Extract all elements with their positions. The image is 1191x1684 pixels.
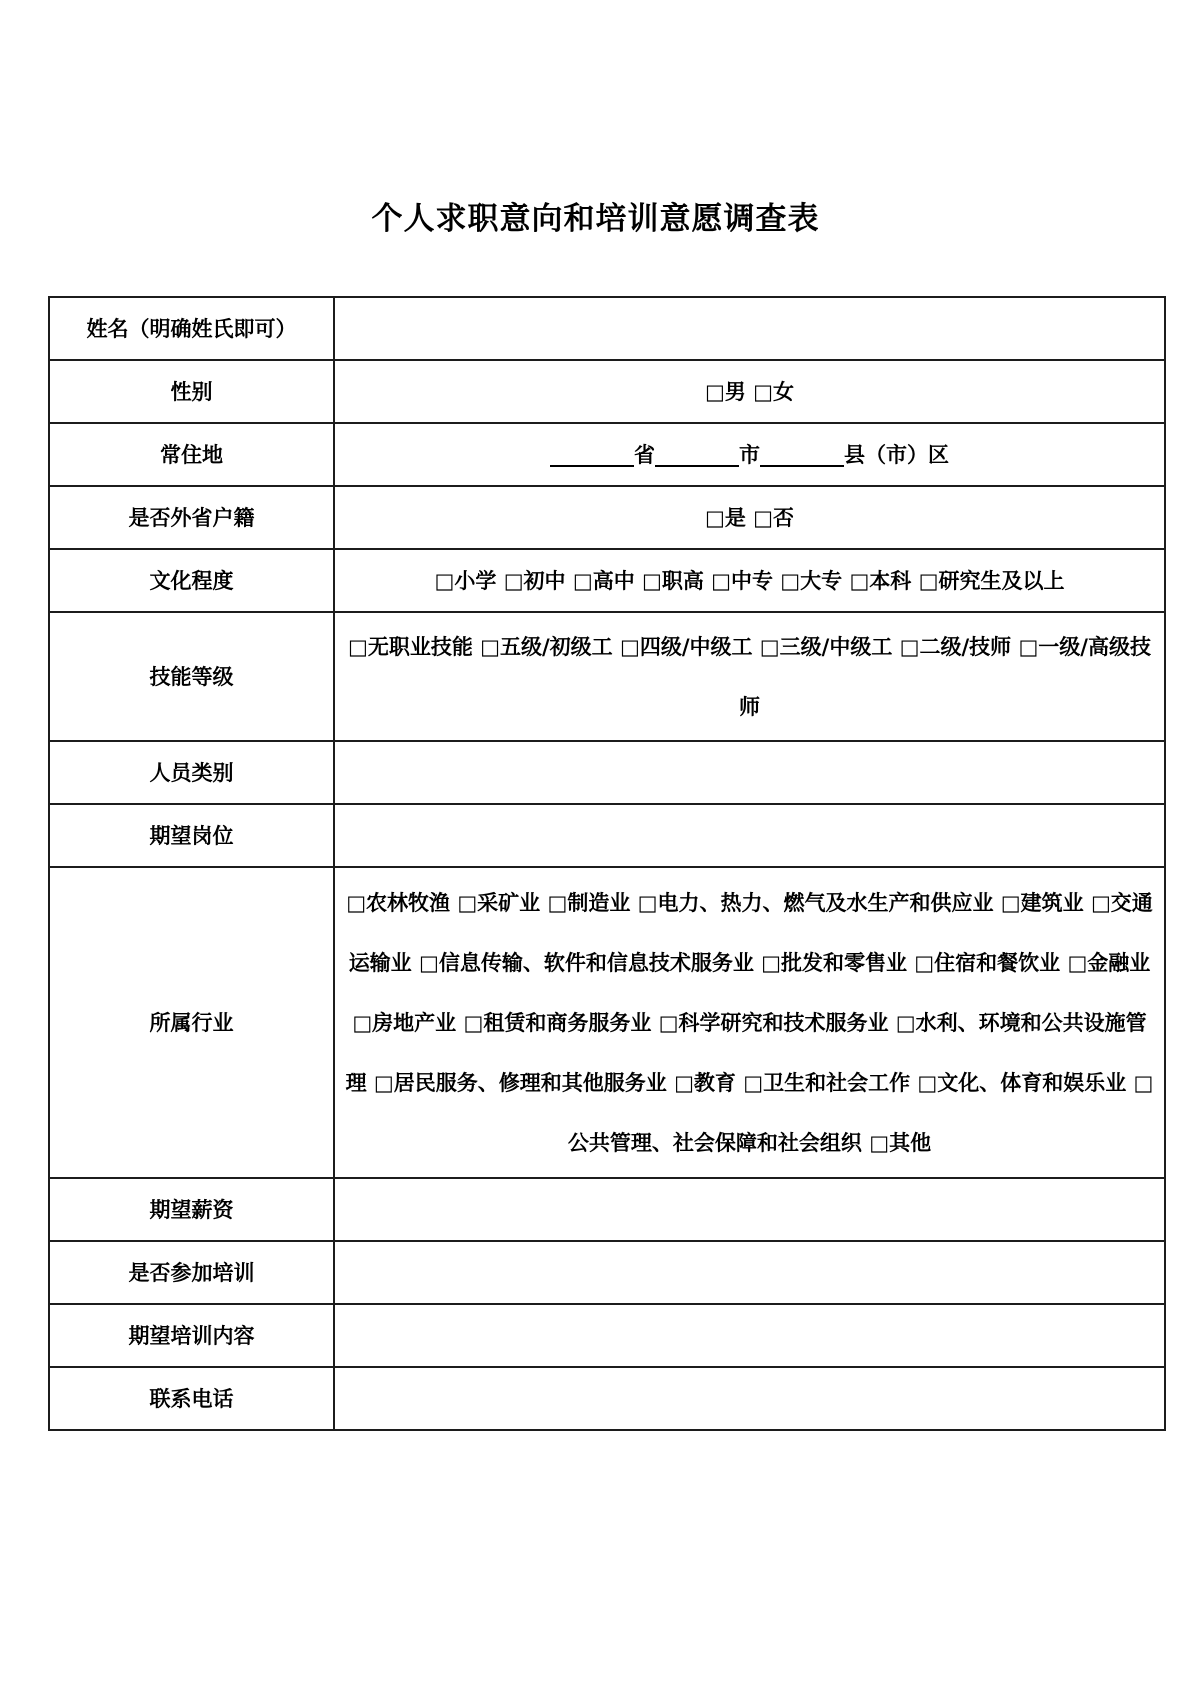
name-label: 姓名（明确姓氏即可） xyxy=(49,297,334,360)
residence-label: 常住地 xyxy=(49,423,334,486)
name-value-field[interactable] xyxy=(334,297,1165,360)
expected-salary-value-field[interactable] xyxy=(334,1178,1165,1241)
form-title: 个人求职意向和培训意愿调查表 xyxy=(0,0,1191,240)
gender-checkbox-options[interactable]: □男 □女 xyxy=(334,360,1165,423)
out-of-province-checkbox-options[interactable]: □是 □否 xyxy=(334,486,1165,549)
row-expected-salary: 期望薪资 xyxy=(49,1178,1165,1241)
document-page: 个人求职意向和培训意愿调查表 姓名（明确姓氏即可） 性别 □男 □女 常住地 _… xyxy=(0,0,1191,1684)
training-participation-label: 是否参加培训 xyxy=(49,1241,334,1304)
row-expected-training-content: 期望培训内容 xyxy=(49,1304,1165,1367)
row-gender: 性别 □男 □女 xyxy=(49,360,1165,423)
expected-salary-label: 期望薪资 xyxy=(49,1178,334,1241)
personnel-category-value-field[interactable] xyxy=(334,741,1165,804)
row-residence: 常住地 ________省________市________县（市）区 xyxy=(49,423,1165,486)
row-training-participation: 是否参加培训 xyxy=(49,1241,1165,1304)
row-expected-position: 期望岗位 xyxy=(49,804,1165,867)
row-out-of-province-registration: 是否外省户籍 □是 □否 xyxy=(49,486,1165,549)
personnel-category-label: 人员类别 xyxy=(49,741,334,804)
contact-phone-label: 联系电话 xyxy=(49,1367,334,1430)
residence-blank-field[interactable]: ________省________市________县（市）区 xyxy=(334,423,1165,486)
row-skill-level: 技能等级 □无职业技能 □五级/初级工 □四级/中级工 □三级/中级工 □二级/… xyxy=(49,612,1165,741)
expected-position-label: 期望岗位 xyxy=(49,804,334,867)
row-industry: 所属行业 □农林牧渔 □采矿业 □制造业 □电力、热力、燃气及水生产和供应业 □… xyxy=(49,867,1165,1178)
skill-level-checkbox-options[interactable]: □无职业技能 □五级/初级工 □四级/中级工 □三级/中级工 □二级/技师 □一… xyxy=(334,612,1165,741)
industry-checkbox-options[interactable]: □农林牧渔 □采矿业 □制造业 □电力、热力、燃气及水生产和供应业 □建筑业 □… xyxy=(334,867,1165,1178)
education-level-label: 文化程度 xyxy=(49,549,334,612)
gender-label: 性别 xyxy=(49,360,334,423)
row-name: 姓名（明确姓氏即可） xyxy=(49,297,1165,360)
expected-training-content-value-field[interactable] xyxy=(334,1304,1165,1367)
expected-position-value-field[interactable] xyxy=(334,804,1165,867)
row-personnel-category: 人员类别 xyxy=(49,741,1165,804)
expected-training-content-label: 期望培训内容 xyxy=(49,1304,334,1367)
row-education-level: 文化程度 □小学 □初中 □高中 □职高 □中专 □大专 □本科 □研究生及以上 xyxy=(49,549,1165,612)
skill-level-label: 技能等级 xyxy=(49,612,334,741)
training-participation-value-field[interactable] xyxy=(334,1241,1165,1304)
industry-label: 所属行业 xyxy=(49,867,334,1178)
survey-form-table: 姓名（明确姓氏即可） 性别 □男 □女 常住地 ________省_______… xyxy=(48,296,1166,1431)
out-of-province-label: 是否外省户籍 xyxy=(49,486,334,549)
row-contact-phone: 联系电话 xyxy=(49,1367,1165,1430)
contact-phone-value-field[interactable] xyxy=(334,1367,1165,1430)
education-level-checkbox-options[interactable]: □小学 □初中 □高中 □职高 □中专 □大专 □本科 □研究生及以上 xyxy=(334,549,1165,612)
